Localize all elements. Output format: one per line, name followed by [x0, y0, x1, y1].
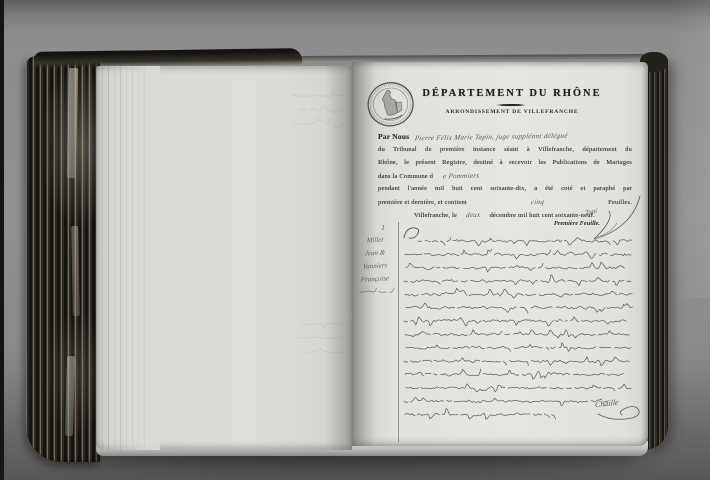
- act-hw-line: [406, 343, 631, 351]
- page-edge-highlight: [67, 68, 78, 178]
- left-page-stack-edge: [26, 56, 100, 462]
- act-hw-line: [406, 303, 635, 313]
- paraph-flourish: [594, 196, 640, 239]
- book-top-edge-right: [300, 54, 648, 62]
- bleedthrough-line: [292, 92, 346, 98]
- act-hw-line: [405, 249, 631, 259]
- bleedthrough-line: [298, 106, 348, 113]
- act-hw-line: [404, 357, 629, 366]
- bleedthrough-line: [304, 348, 346, 353]
- act-hw-line: [406, 384, 631, 392]
- page-edge-highlight: [71, 226, 80, 316]
- act-hw-line: [418, 238, 632, 246]
- act-hw-line: [404, 398, 608, 406]
- margin-underline: [360, 288, 394, 292]
- act-hw-line: [405, 330, 629, 338]
- left-blank-page: [96, 66, 352, 450]
- bleedthrough-line: [302, 319, 347, 329]
- paraph-flourish: [597, 223, 617, 237]
- page-edge-highlight: [65, 356, 75, 436]
- bleedthrough-line: [294, 118, 348, 127]
- act-hw-line: [404, 317, 626, 326]
- act-hw-line: [406, 262, 628, 272]
- act-hw-line: [404, 275, 631, 286]
- background-highlight: [670, 0, 710, 298]
- act-hw-line: [405, 369, 624, 379]
- bleedthrough-line: [296, 337, 346, 339]
- right-register-page: DÉPARTEMENT DU RHÔNE ARRONDISSEMENT DE V…: [352, 62, 648, 446]
- ink-bleedthrough-marks: [96, 66, 352, 450]
- act-hw-line: [405, 409, 555, 420]
- act-opening-capital: [404, 228, 419, 238]
- signature-flourish: [598, 407, 639, 420]
- act-hw-line: [405, 288, 632, 297]
- photo-background: DÉPARTEMENT DU RHÔNE ARRONDISSEMENT DE V…: [0, 0, 710, 480]
- act-handwriting-block: [352, 62, 648, 446]
